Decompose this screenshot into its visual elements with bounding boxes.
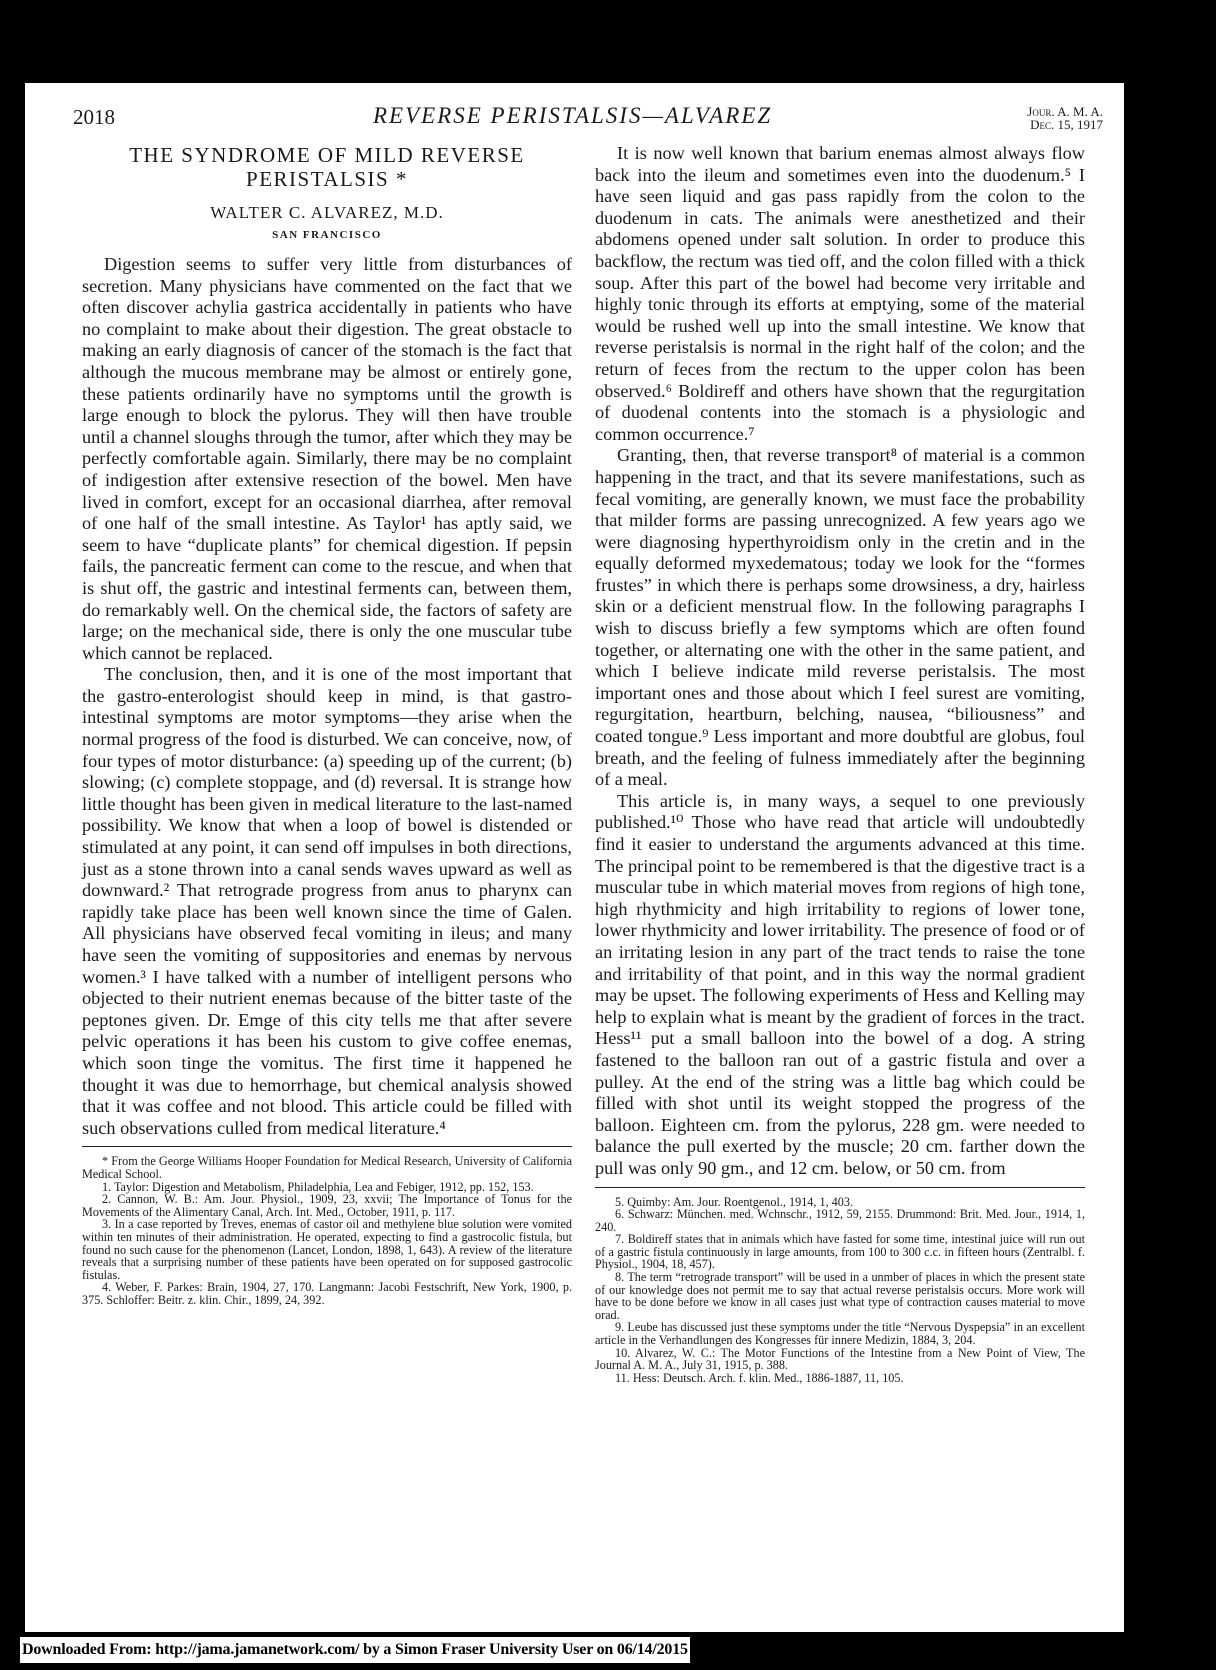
article-title-line2: PERISTALSIS * <box>82 167 572 191</box>
footnote: 4. Weber, F. Parkes: Brain, 1904, 27, 17… <box>82 1281 572 1306</box>
footnote: 2. Cannon, W. B.: Am. Jour. Physiol., 19… <box>82 1193 572 1218</box>
paragraph: The conclusion, then, and it is one of t… <box>82 664 572 1139</box>
footnote: 3. In a case reported by Treves, enemas … <box>82 1218 572 1281</box>
paragraph: Granting, then, that reverse transport⁸ … <box>595 445 1085 791</box>
footnote: 7. Boldireff states that in animals whic… <box>595 1233 1085 1271</box>
author-location: SAN FRANCISCO <box>82 229 572 241</box>
footnote: 9. Leube has discussed just these sympto… <box>595 1321 1085 1346</box>
footnotes-left: * From the George Williams Hooper Founda… <box>82 1155 572 1306</box>
article-title-line1: THE SYNDROME OF MILD REVERSE <box>82 143 572 167</box>
paragraph: This article is, in many ways, a sequel … <box>595 791 1085 1180</box>
running-title: REVERSE PERISTALSIS—ALVAREZ <box>373 103 772 129</box>
paragraph: It is now well known that barium enemas … <box>595 143 1085 445</box>
footnote: * From the George Williams Hooper Founda… <box>82 1155 572 1180</box>
footnotes-right: 5. Quimby: Am. Jour. Roentgenol., 1914, … <box>595 1196 1085 1385</box>
footnote-divider <box>595 1187 1085 1188</box>
issue-date: Dec. 15, 1917 <box>1027 118 1103 131</box>
left-body-text: Digestion seems to suffer very little fr… <box>82 254 572 1139</box>
footnote: 8. The term “retrograde transport” will … <box>595 1271 1085 1321</box>
download-banner: Downloaded From: http://jama.jamanetwork… <box>20 1637 690 1663</box>
journal-info: Jour. A. M. A. Dec. 15, 1917 <box>1027 105 1103 131</box>
footnote: 10. Alvarez, W. C.: The Motor Functions … <box>595 1347 1085 1372</box>
right-column: It is now well known that barium enemas … <box>595 143 1085 1384</box>
article-title: THE SYNDROME OF MILD REVERSE PERISTALSIS… <box>82 143 572 191</box>
right-body-text: It is now well known that barium enemas … <box>595 143 1085 1180</box>
footnote: 11. Hess: Deutsch. Arch. f. klin. Med., … <box>595 1372 1085 1385</box>
page-number: 2018 <box>73 105 115 130</box>
footnote: 6. Schwarz: München. med. Wchnschr., 191… <box>595 1208 1085 1233</box>
paragraph: Digestion seems to suffer very little fr… <box>82 254 572 664</box>
footnote-divider <box>82 1146 572 1147</box>
running-header: 2018 REVERSE PERISTALSIS—ALVAREZ Jour. A… <box>73 103 1103 143</box>
left-column: THE SYNDROME OF MILD REVERSE PERISTALSIS… <box>82 143 572 1306</box>
journal-page: 2018 REVERSE PERISTALSIS—ALVAREZ Jour. A… <box>25 83 1124 1632</box>
author-name: WALTER C. ALVAREZ, M.D. <box>82 203 572 223</box>
